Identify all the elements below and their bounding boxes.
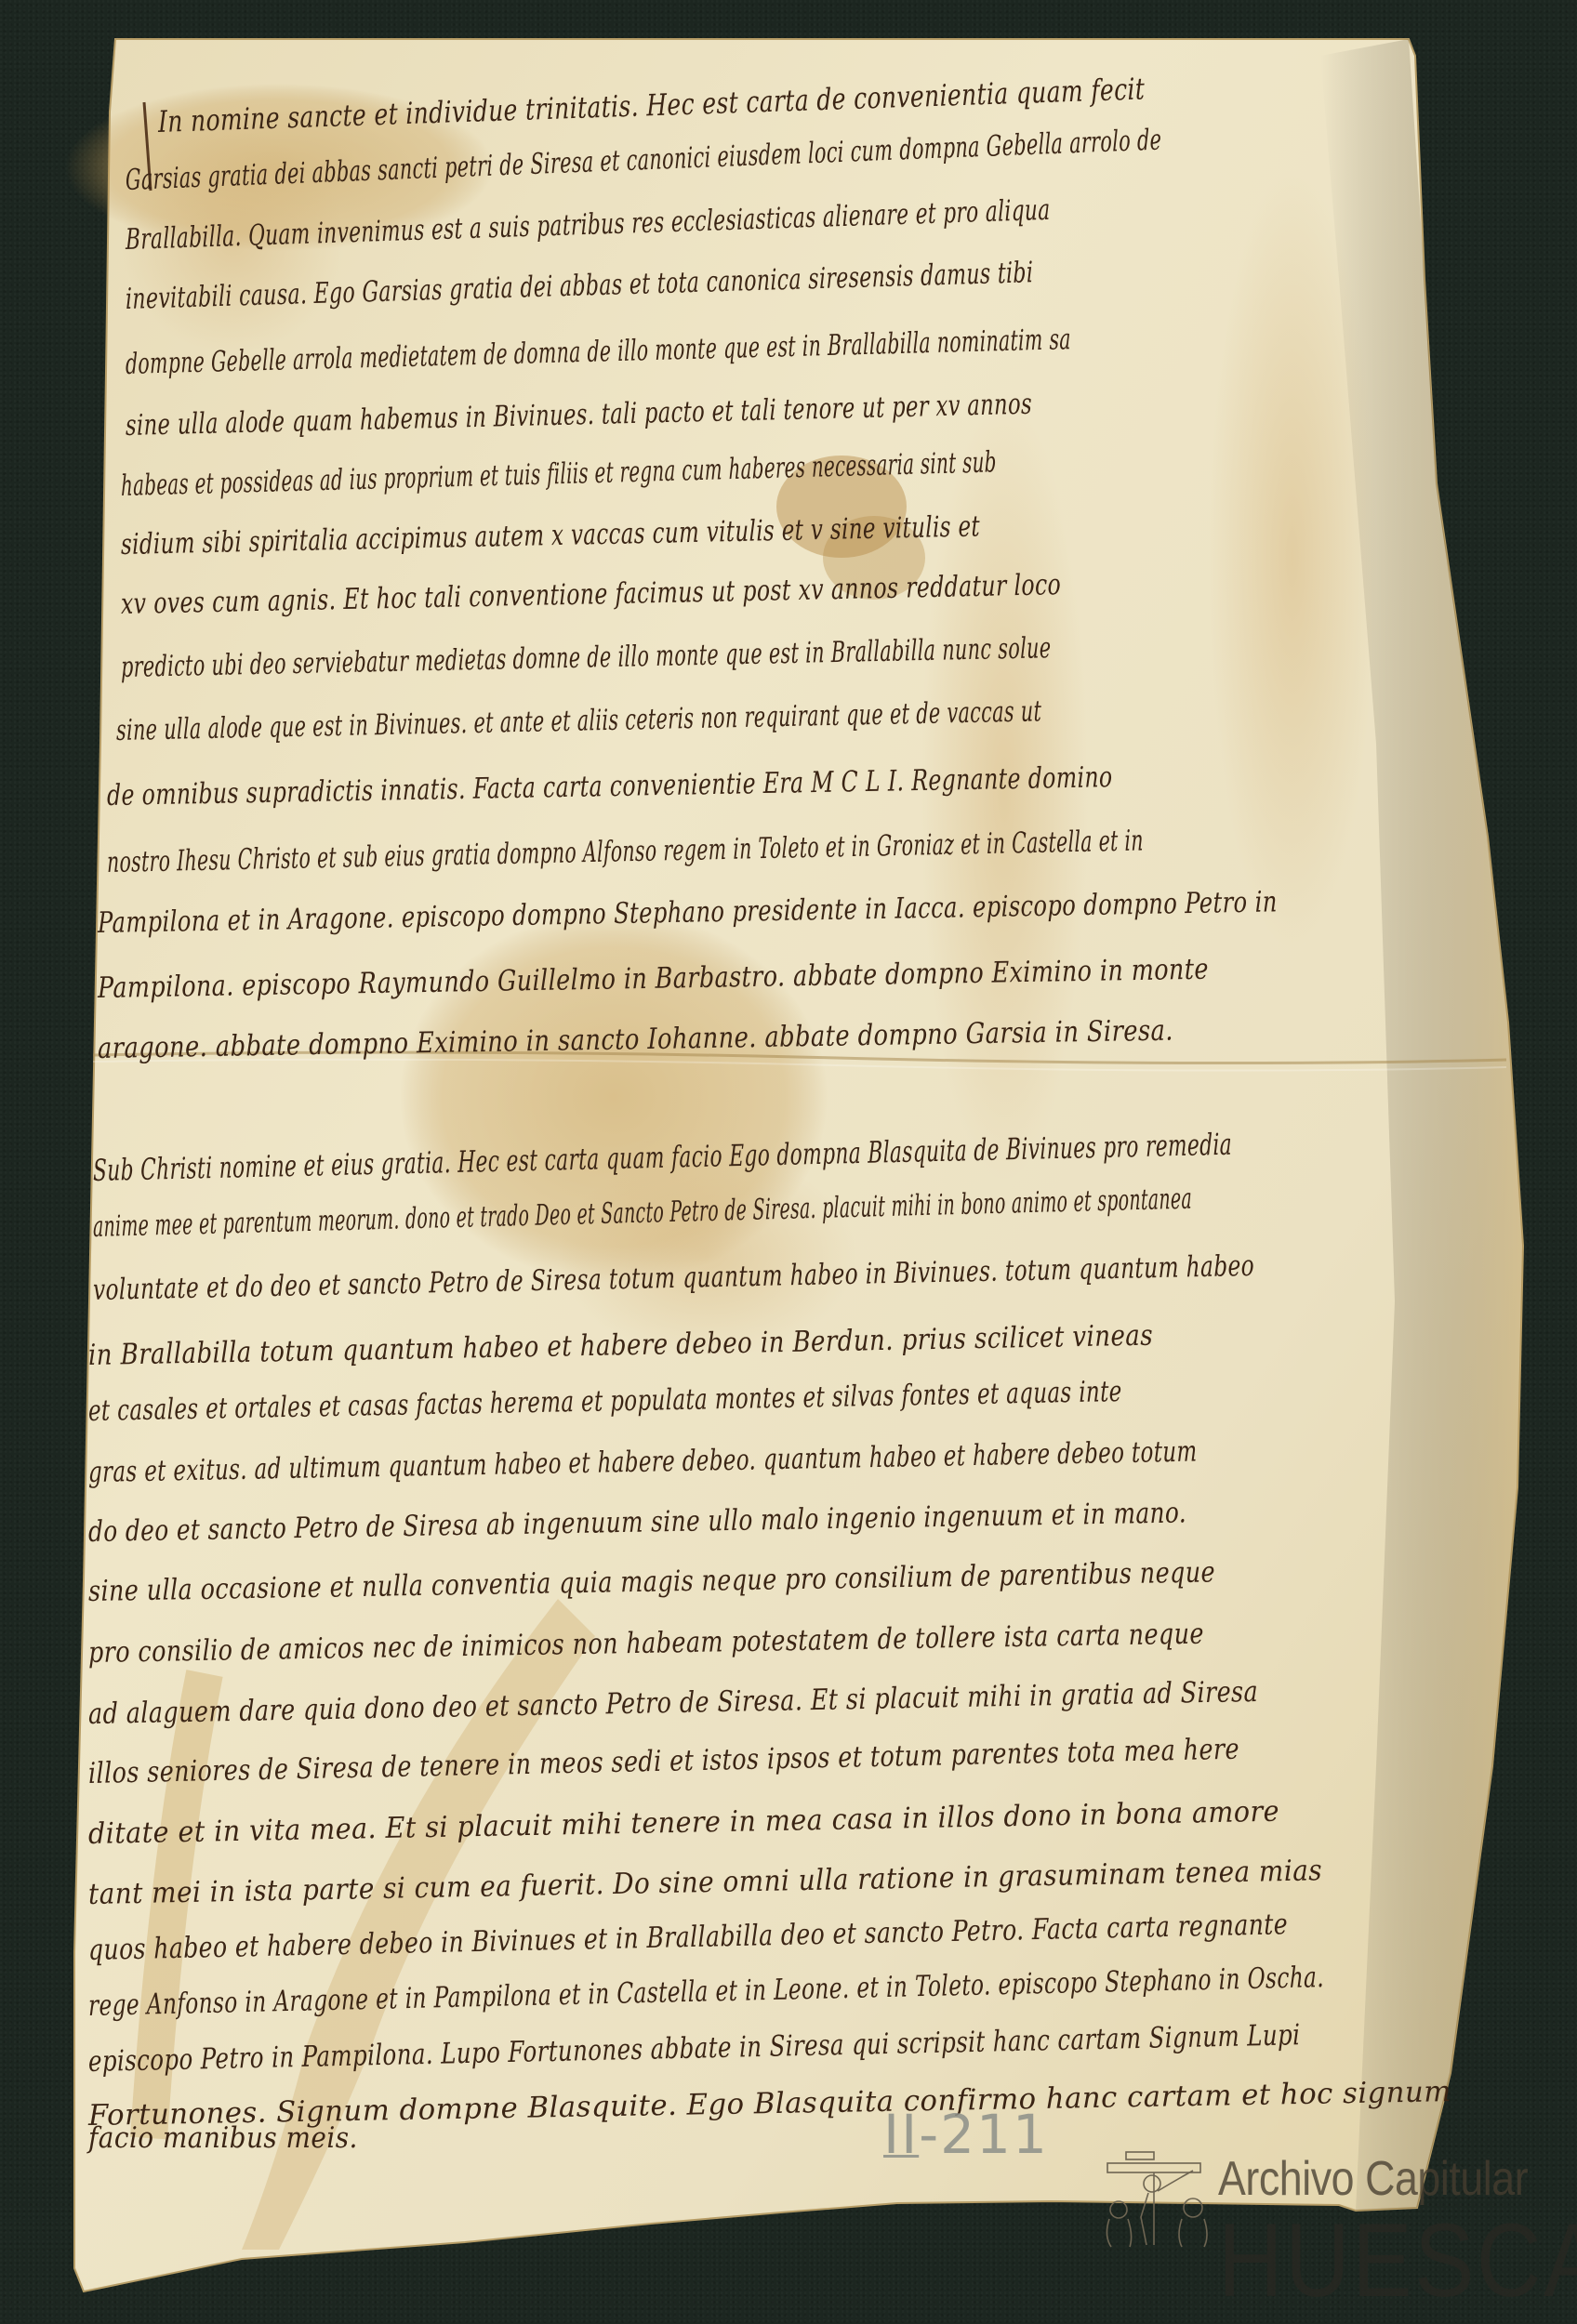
text-line: ad alaguem dare quia dono deo et sancto …: [88, 1675, 1259, 1731]
text-line: sine ulla alode que est in Bivinues. et …: [116, 694, 1042, 747]
text-line: in Brallabilla totum quantum habeo et ha…: [88, 1319, 1153, 1372]
text-line: quos habeo et habere debeo in Bivinues e…: [88, 1908, 1289, 1967]
text-line: anime mee et parentum meorum. dono et tr…: [93, 1182, 1192, 1244]
crucifixion-emblem-icon: [1083, 2143, 1223, 2254]
text-line: facio manibus meis.: [88, 2121, 358, 2155]
text-line: dompne Gebelle arrola medietatem de domn…: [126, 323, 1071, 381]
text-line: Pampilona. episcopo Raymundo Guillelmo i…: [98, 953, 1209, 1005]
text-line: do deo et sancto Petro de Siresa ab inge…: [88, 1496, 1187, 1549]
text-line: nostro Ihesu Christo et sub eius gratia …: [107, 824, 1144, 879]
text-line: gras et exitus. ad ultimum quantum habeo…: [88, 1434, 1198, 1488]
watermark-city: HUESCA: [1218, 2209, 1577, 2313]
text-line: illos seniores de Siresa de tenere in me…: [88, 1733, 1239, 1790]
text-line: predicto ubi deo serviebatur medietas do…: [121, 631, 1052, 684]
shelfmark-roman: II: [883, 2103, 919, 2166]
watermark-archive-name: Archivo Capitular: [1218, 2155, 1577, 2203]
text-line: sine ulla alode quam habemus in Bivinues…: [126, 388, 1032, 442]
text-line: de omnibus supradictis innatis. Facta ca…: [107, 760, 1113, 812]
text-line: ditate et in vita mea. Et si placuit mih…: [88, 1795, 1280, 1851]
text-line: sidium sibi spiritalia accipimus autem x…: [121, 509, 980, 561]
text-line: Pampilona et in Aragone. episcopo dompno…: [98, 885, 1278, 940]
text-line: et casales et ortales et casas factas he…: [88, 1375, 1122, 1428]
text-line: inevitabili causa. Ego Garsias gratia de…: [126, 256, 1034, 316]
text-line: Sub Christi nomine et eius gratia. Hec e…: [93, 1127, 1232, 1188]
text-line: xv oves cum agnis. Et hoc tali conventio…: [121, 568, 1062, 621]
archive-watermark: Archivo Capitular HUESCA: [1218, 2155, 1577, 2313]
text-line: tant mei in ista parte si cum ea fuerit.…: [88, 1854, 1323, 1911]
shelfmark-number: -211: [919, 2103, 1049, 2166]
shelfmark: II-211: [883, 2103, 1049, 2166]
text-line: rege Anfonso in Aragone et in Pampilona …: [88, 1961, 1325, 2023]
text-line: pro consilio de amicos nec de inimicos n…: [88, 1618, 1204, 1670]
text-line: Brallabilla. Quam invenimus est a suis p…: [126, 193, 1051, 257]
text-line: voluntate et do deo et sancto Petro de S…: [93, 1249, 1254, 1307]
text-line: aragone. abbate dompno Eximino in sancto…: [98, 1014, 1173, 1065]
text-line: episcopo Petro in Pampilona. Lupo Fortun…: [88, 2018, 1301, 2079]
text-line: sine ulla occasione et nulla conventia q…: [88, 1555, 1215, 1608]
text-line: habeas et possideas ad ius proprium et t…: [121, 445, 997, 503]
manuscript-text: In nomine sancte et individue trinitatis…: [0, 0, 1577, 2324]
